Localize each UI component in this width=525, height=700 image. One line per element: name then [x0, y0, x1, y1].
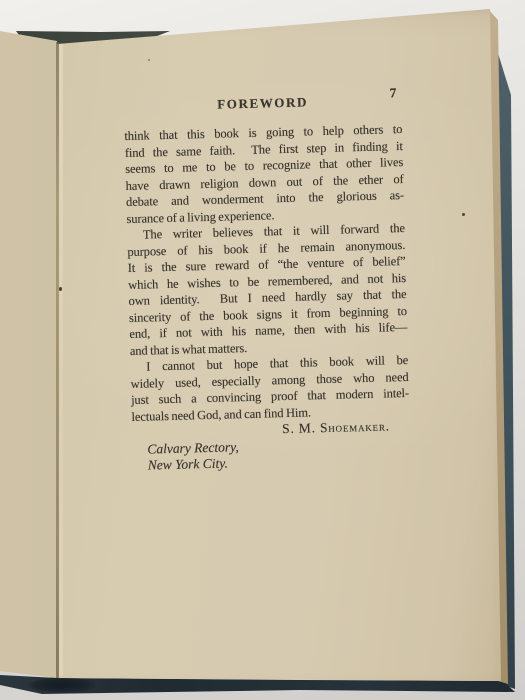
book-photo: FOREWORD 7 think that this book is going… — [0, 0, 525, 700]
paper-speck — [148, 59, 150, 61]
page-heading: FOREWORD — [217, 94, 308, 111]
foreword-body: think that this book is going to help ot… — [124, 121, 409, 425]
paper-speck — [59, 287, 62, 291]
gutter-highlight — [59, 44, 63, 676]
book-cover-corner-shadow — [28, 677, 96, 693]
page-number: 7 — [389, 85, 396, 101]
paper-speck — [462, 213, 465, 216]
address-block: Calvary Rectory,New York City. — [132, 434, 411, 474]
printed-text: FOREWORD 7 think that this book is going… — [123, 91, 410, 474]
